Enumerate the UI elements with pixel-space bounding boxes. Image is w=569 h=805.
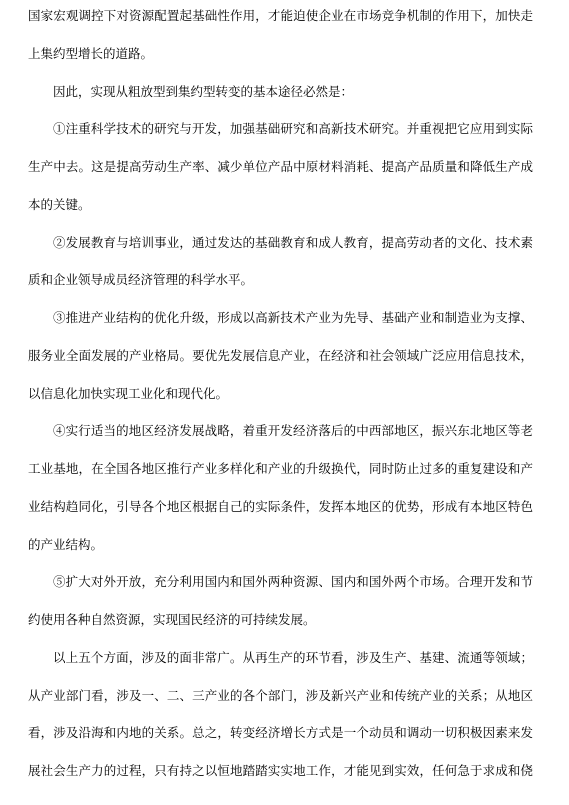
text-line: ②发展教育与培训事业，通过发达的基础教育和成人教育，提高劳动者的文化、技术素 xyxy=(28,225,533,263)
text-line: ③推进产业结构的优化升级，形成以高新技术产业为先导、基础产业和制造业为支撑、 xyxy=(28,300,533,338)
text-line: 本的关键。 xyxy=(28,187,533,225)
text-line: 因此，实现从粗放型到集约型转变的基本途径必然是： xyxy=(28,74,533,112)
text-line: ④实行适当的地区经济发展战略，着重开发经济落后的中西部地区，振兴东北地区等老 xyxy=(28,413,533,451)
paragraph: ③推进产业结构的优化升级，形成以高新技术产业为先导、基础产业和制造业为支撑、服务… xyxy=(28,300,533,413)
text-line: 从产业部门看，涉及一、二、三产业的各个部门，涉及新兴产业和传统产业的关系；从地区 xyxy=(28,678,533,716)
text-line: 业结构趋同化，引导各个地区根据自己的实际条件，发挥本地区的优势，形成有本地区特色 xyxy=(28,489,533,527)
text-line: 工业基地，在全国各地区推行产业多样化和产业的升级换代，同时防止过多的重复建设和产 xyxy=(28,451,533,489)
paragraph: ①注重科学技术的研究与开发，加强基础研究和高新技术研究。并重视把它应用到实际生产… xyxy=(28,111,533,224)
text-line: 看，涉及沿海和内地的关系。总之，转变经济增长方式是一个动员和调动一切积极因素来发 xyxy=(28,715,533,753)
text-line: 质和企业领导成员经济管理的科学水平。 xyxy=(28,262,533,300)
paragraph: ⑤扩大对外开放，充分利用国内和国外两种资源、国内和国外两个市场。合理开发和节约使… xyxy=(28,564,533,640)
text-line: 展社会生产力的过程，只有持之以恒地踏踏实实地工作，才能见到实效，任何急于求成和侥 xyxy=(28,753,533,791)
text-line: 国家宏观调控下对资源配置起基础性作用，才能迫使企业在市场竞争机制的作用下，加快走 xyxy=(28,0,533,36)
text-line: 的产业结构。 xyxy=(28,527,533,565)
text-line: 约使用各种自然资源，实现国民经济的可持续发展。 xyxy=(28,602,533,640)
text-line: ①注重科学技术的研究与开发，加强基础研究和高新技术研究。并重视把它应用到实际 xyxy=(28,111,533,149)
text-line: 服务业全面发展的产业格局。要优先发展信息产业，在经济和社会领域广泛应用信息技术， xyxy=(28,338,533,376)
text-line: ⑤扩大对外开放，充分利用国内和国外两种资源、国内和国外两个市场。合理开发和节 xyxy=(28,564,533,602)
text-line: 以上五个方面，涉及的面非常广。从再生产的环节看，涉及生产、基建、流通等领域； xyxy=(28,640,533,678)
text-line: 上集约型增长的道路。 xyxy=(28,36,533,74)
text-line: 以信息化加快实现工业化和现代化。 xyxy=(28,376,533,414)
document-text: 国家宏观调控下对资源配置起基础性作用，才能迫使企业在市场竞争机制的作用下，加快走… xyxy=(28,0,533,791)
paragraph: ②发展教育与培训事业，通过发达的基础教育和成人教育，提高劳动者的文化、技术素质和… xyxy=(28,225,533,301)
paragraph: 国家宏观调控下对资源配置起基础性作用，才能迫使企业在市场竞争机制的作用下，加快走… xyxy=(28,0,533,74)
paragraph: 因此，实现从粗放型到集约型转变的基本途径必然是： xyxy=(28,74,533,112)
paragraph: ④实行适当的地区经济发展战略，着重开发经济落后的中西部地区，振兴东北地区等老工业… xyxy=(28,413,533,564)
document-page: 国家宏观调控下对资源配置起基础性作用，才能迫使企业在市场竞争机制的作用下，加快走… xyxy=(0,0,569,805)
paragraph: 以上五个方面，涉及的面非常广。从再生产的环节看，涉及生产、基建、流通等领域；从产… xyxy=(28,640,533,791)
text-line: 生产中去。这是提高劳动生产率、减少单位产品中原材料消耗、提高产品质量和降低生产成 xyxy=(28,149,533,187)
